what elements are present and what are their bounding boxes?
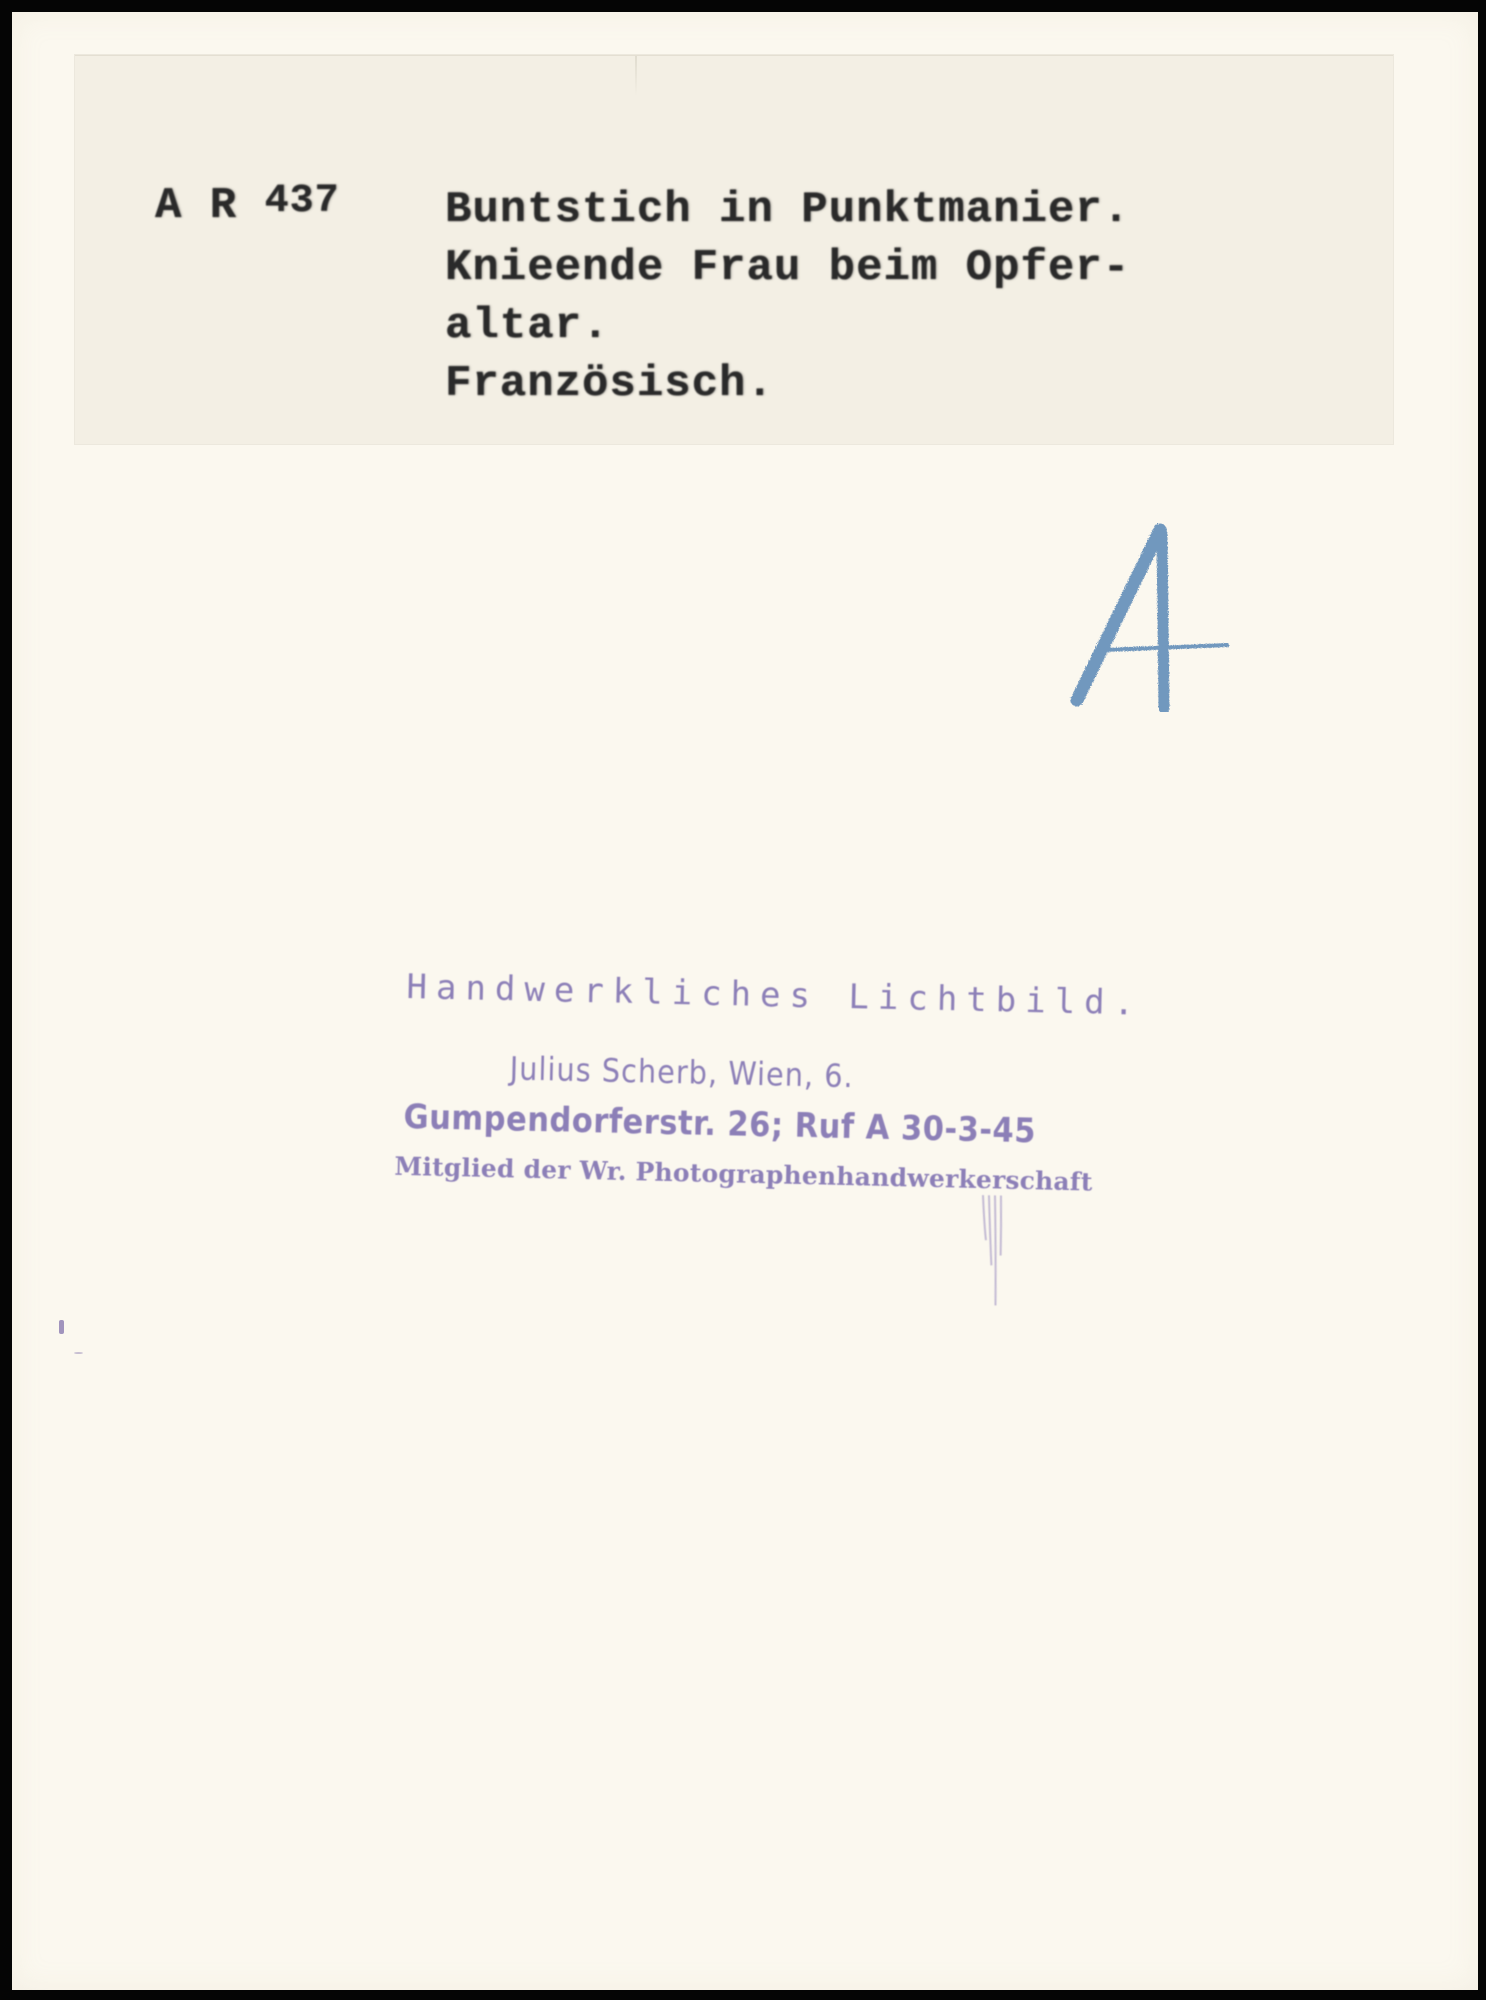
- photo-verso-paper: A R 437 Buntstich in Punktmanier. Knieen…: [12, 12, 1478, 1990]
- pencil-letter-a-icon: [1052, 512, 1232, 712]
- ink-speck: [59, 1320, 64, 1334]
- catalog-number: A R 437: [155, 181, 340, 231]
- paper-crease: [635, 56, 637, 96]
- stamp-line-address: Gumpendorferstr. 26; Ruf A 30-3-45: [403, 1097, 1036, 1151]
- photographer-stamp: Handwerkliches Lichtbild. Julius Scherb,…: [398, 967, 1046, 1361]
- stamp-line-membership: Mitglied der Wr. Photographenhandwerkers…: [394, 1152, 1093, 1197]
- description: Buntstich in Punktmanier. Knieende Frau …: [445, 181, 1130, 413]
- ink-smear: [974, 1195, 1007, 1316]
- typed-label-strip: A R 437 Buntstich in Punktmanier. Knieen…: [75, 55, 1393, 444]
- stamp-line-name: Julius Scherb, Wien, 6.: [509, 1049, 854, 1095]
- description-line: Französisch.: [445, 355, 1130, 413]
- catalog-number-value: 437: [265, 179, 340, 224]
- description-line: altar.: [445, 297, 1130, 355]
- catalog-prefix: A R: [155, 181, 237, 231]
- stamp-line-title: Handwerkliches Lichtbild.: [406, 967, 1143, 1024]
- description-line: Buntstich in Punktmanier.: [445, 181, 1130, 239]
- description-line: Knieende Frau beim Opfer-: [445, 239, 1130, 297]
- ink-speck: [74, 1352, 83, 1354]
